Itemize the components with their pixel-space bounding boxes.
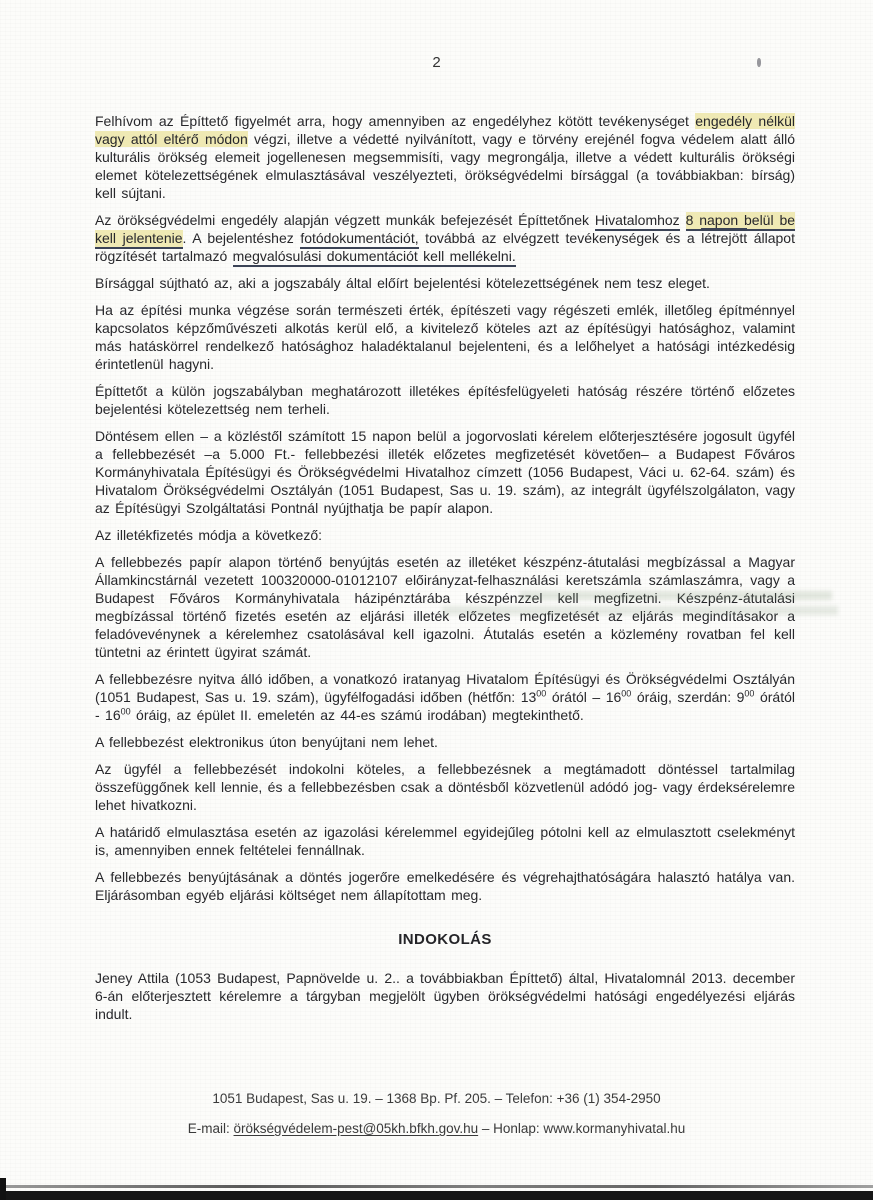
paragraph: A fellebbezésre nyitva álló időben, a vo…	[95, 670, 795, 724]
text-segment: A határidő elmulasztása esetén az igazol…	[95, 824, 795, 858]
paragraph: Felhívom az Építtető figyelmét arra, hog…	[95, 112, 795, 202]
document-body: Felhívom az Építtető figyelmét arra, hog…	[95, 112, 795, 1032]
text-segment	[680, 212, 686, 228]
footer-address-line: 1051 Budapest, Sas u. 19. – 1368 Bp. Pf.…	[0, 1084, 873, 1114]
text-segment: Felhívom az Építtető figyelmét arra, hog…	[95, 113, 695, 129]
paragraph: Döntésem ellen – a közléstől számított 1…	[95, 427, 795, 517]
scan-edge-band	[0, 1191, 873, 1200]
scan-edge-line	[0, 1185, 873, 1188]
text-segment: 00	[536, 688, 546, 698]
ink-underlined-text: megvalósulási dokumentációt kell melléke…	[233, 248, 516, 267]
paragraph: Ha az építési munka végzése során termés…	[95, 301, 795, 373]
text-segment: Építtetőt a külön jogszabályban meghatár…	[95, 383, 795, 417]
paragraph: A fellebbezés benyújtásának a döntés jog…	[95, 868, 795, 904]
text-segment: A fellebbezést elektronikus úton benyújt…	[95, 734, 438, 750]
text-segment: Ha az építési munka végzése során termés…	[95, 302, 795, 372]
text-segment: Az illetékfizetés módja a következő:	[95, 527, 322, 543]
text-segment: Az ügyfél a fellebbezését indokolni köte…	[95, 761, 795, 813]
text-segment: létrejött	[701, 228, 747, 246]
scan-corner-notch	[0, 1178, 6, 1200]
paragraph: Jeney Attila (1053 Budapest, Papnövelde …	[95, 969, 795, 1023]
paragraph: A fellebbezést elektronikus úton benyújt…	[95, 733, 795, 751]
ink-underlined-text: Hivatalomhoz	[595, 212, 680, 231]
footer-email-label: E-mail:	[188, 1121, 234, 1136]
text-segment: A fellebbezés benyújtásának a döntés jog…	[95, 869, 795, 903]
footer-email: örökségvédelem-pest@05kh.bfkh.gov.hu	[234, 1121, 479, 1136]
paragraph: Az illetékfizetés módja a következő:	[95, 526, 795, 544]
text-segment: Döntésem ellen – a közléstől számított 1…	[95, 428, 795, 516]
text-segment: Jeney Attila (1053 Budapest, Papnövelde …	[95, 970, 795, 1022]
text-segment: 00	[621, 688, 631, 698]
text-segment: óráig, az épület II. emeletén az 44-es s…	[131, 707, 584, 723]
paragraph: Bírsággal sújtható az, aki a jogszabály …	[95, 274, 795, 292]
scan-speck-artifact	[757, 58, 761, 67]
footer-contact-line: E-mail: örökségvédelem-pest@05kh.bfkh.go…	[0, 1114, 873, 1144]
document-footer: 1051 Budapest, Sas u. 19. – 1368 Bp. Pf.…	[0, 1084, 873, 1144]
text-segment: 00	[744, 688, 754, 698]
paragraph: A határidő elmulasztása esetén az igazol…	[95, 823, 795, 859]
ink-underlined-text: fotódokumentációt,	[300, 230, 418, 249]
text-segment: órától – 16	[546, 689, 621, 705]
text-segment: Az örökségvédelmi engedély alapján végze…	[95, 212, 595, 228]
text-segment: 00	[121, 706, 131, 716]
paragraph: Építtetőt a külön jogszabályban meghatár…	[95, 382, 795, 418]
text-segment: továbbá az elvégzett tevékenységek és a	[419, 230, 702, 246]
text-segment: A fellebbezés papír alapon történő benyú…	[95, 554, 795, 660]
text-segment: . A bejelentéshez	[183, 230, 301, 246]
paragraph: Az örökségvédelmi engedély alapján végze…	[95, 211, 795, 265]
footer-homepage: – Honlap: www.kormanyhivatal.hu	[478, 1121, 685, 1136]
page-number: 2	[0, 54, 873, 71]
text-segment: Bírsággal sújtható az, aki a jogszabály …	[95, 275, 710, 291]
scanned-document-page: 2 Felhívom az Építtető figyelmét arra, h…	[0, 0, 873, 1200]
paragraph: A fellebbezés papír alapon történő benyú…	[95, 553, 795, 661]
section-heading: INDOKOLÁS	[95, 931, 795, 948]
paragraph: Az ügyfél a fellebbezését indokolni köte…	[95, 760, 795, 814]
text-segment: óráig, szerdán: 9	[631, 689, 744, 705]
